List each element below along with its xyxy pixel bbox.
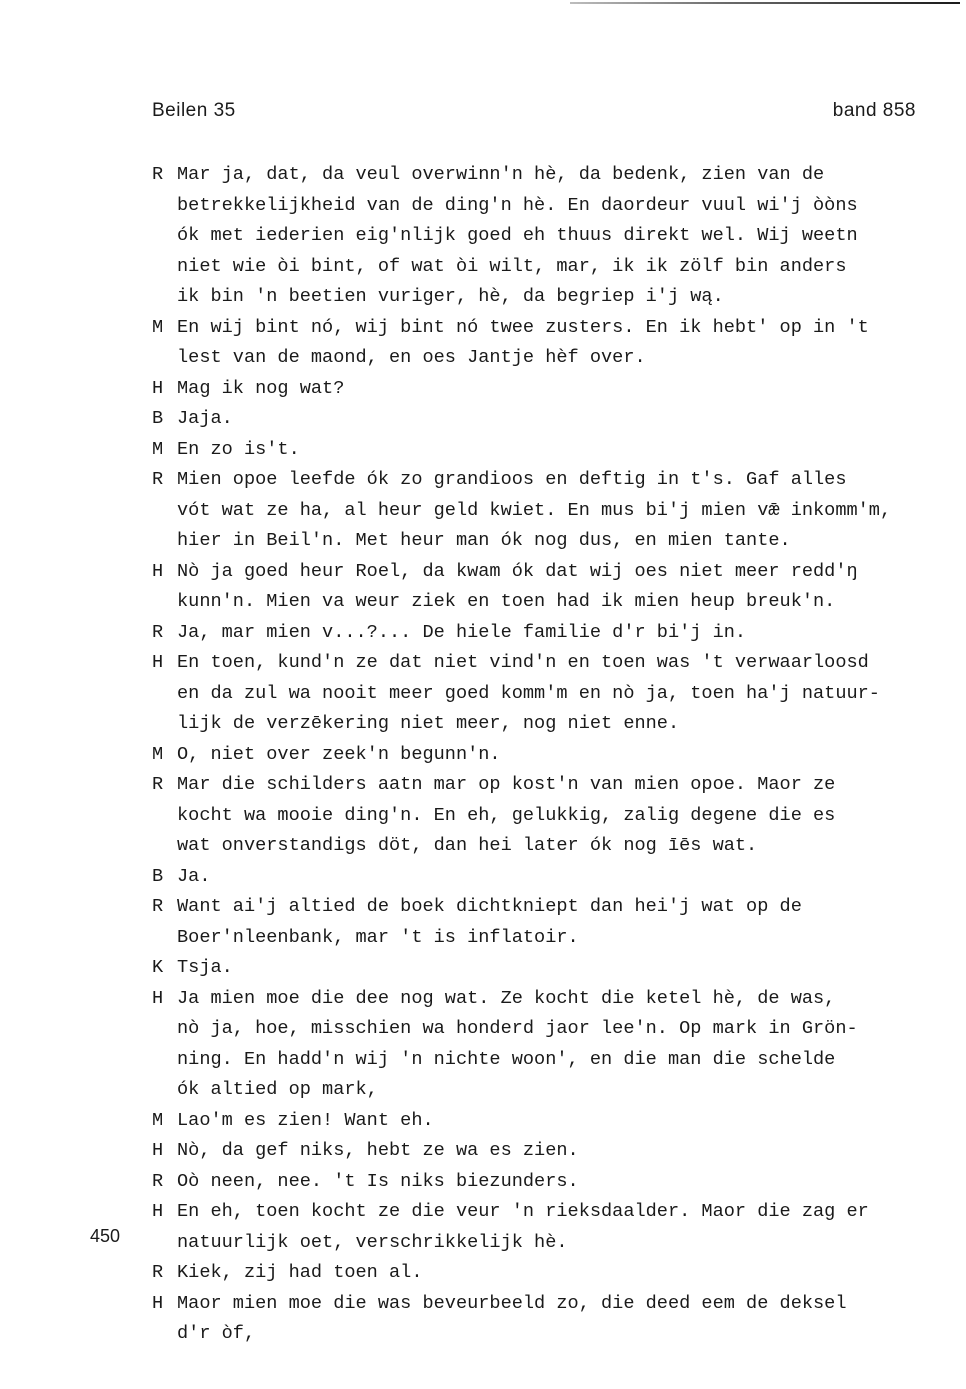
dialogue-turn: RMar ja, dat, da veul overwinn'n hè, da …	[152, 160, 962, 313]
dialogue-line: Mar die schilders aatn mar op kost'n van…	[177, 770, 962, 801]
dialogue-turn: HEn eh, toen kocht ze die veur 'n rieksd…	[152, 1197, 962, 1258]
speaker-label: H	[152, 1136, 163, 1167]
dialogue-turn: HEn toen, kund'n ze dat niet vind'n en t…	[152, 648, 962, 740]
dialogue-line: ik bin 'n beetien vuriger, hè, da begrie…	[177, 282, 962, 313]
dialogue-line: Tsja.	[177, 953, 962, 984]
speaker-label: R	[152, 1167, 163, 1198]
dialogue-turn: HJa mien moe die dee nog wat. Ze kocht d…	[152, 984, 962, 1106]
tape-label: band 858	[833, 100, 916, 122]
dialogue-line: Lao'm es zien! Want eh.	[177, 1106, 962, 1137]
speaker-label: R	[152, 1258, 163, 1289]
speaker-label: R	[152, 892, 163, 923]
dialogue-line: Kiek, zij had toen al.	[177, 1258, 962, 1289]
dialogue-turn: RMien opoe leefde ók zo grandioos en def…	[152, 465, 962, 557]
dialogue-line: Mar ja, dat, da veul overwinn'n hè, da b…	[177, 160, 962, 191]
dialogue-turn: HNò ja goed heur Roel, da kwam ók dat wi…	[152, 557, 962, 618]
dialogue-line: Nò, da gef niks, hebt ze wa es zien.	[177, 1136, 962, 1167]
dialogue-line: Jaja.	[177, 404, 962, 435]
dialogue-line: wat onverstandigs döt, dan hei later ók …	[177, 831, 962, 862]
speaker-label: H	[152, 1197, 163, 1228]
dialogue-line: Oò neen, nee. 't Is niks biezunders.	[177, 1167, 962, 1198]
dialogue-turn: ROò neen, nee. 't Is niks biezunders.	[152, 1167, 962, 1198]
dialogue-line: kocht wa mooie ding'n. En eh, gelukkig, …	[177, 801, 962, 832]
speaker-label: B	[152, 404, 163, 435]
dialogue-line: en da zul wa nooit meer goed komm'm en n…	[177, 679, 962, 710]
dialogue-line: Want ai'j altied de boek dichtkniept dan…	[177, 892, 962, 923]
speaker-label: H	[152, 1289, 163, 1320]
dialogue-line: natuurlijk oet, verschrikkelijk hè.	[177, 1228, 962, 1259]
speaker-label: M	[152, 740, 163, 771]
dialogue-line: lest van de maond, en oes Jantje hèf ove…	[177, 343, 962, 374]
speaker-label: H	[152, 984, 163, 1015]
speaker-label: H	[152, 374, 163, 405]
dialogue-line: En eh, toen kocht ze die veur 'n rieksda…	[177, 1197, 962, 1228]
speaker-label: B	[152, 862, 163, 893]
speaker-label: H	[152, 557, 163, 588]
speaker-label: M	[152, 435, 163, 466]
dialogue-line: nò ja, hoe, misschien wa honderd jaor le…	[177, 1014, 962, 1045]
speaker-label: R	[152, 618, 163, 649]
dialogue-line: O, niet over zeek'n begunn'n.	[177, 740, 962, 771]
dialogue-turn: RMar die schilders aatn mar op kost'n va…	[152, 770, 962, 862]
dialogue-turn: HMag ik nog wat?	[152, 374, 962, 405]
line-number: 450	[90, 1226, 120, 1247]
speaker-label: R	[152, 770, 163, 801]
dialogue-line: d'r òf,	[177, 1319, 962, 1350]
dialogue-line: En zo is't.	[177, 435, 962, 466]
dialogue-line: Ja.	[177, 862, 962, 893]
dialogue-line: ók altied op mark,	[177, 1075, 962, 1106]
dialogue-turn: HMaor mien moe die was beveurbeeld zo, d…	[152, 1289, 962, 1350]
page-header: Beilen 35 band 858	[152, 100, 916, 126]
transcript: RMar ja, dat, da veul overwinn'n hè, da …	[152, 160, 962, 1350]
dialogue-line: Maor mien moe die was beveurbeeld zo, di…	[177, 1289, 962, 1320]
dialogue-turn: RKiek, zij had toen al.	[152, 1258, 962, 1289]
dialogue-line: kunn'n. Mien va weur ziek en toen had ik…	[177, 587, 962, 618]
dialogue-line: ning. En hadd'n wij 'n nichte woon', en …	[177, 1045, 962, 1076]
dialogue-line: Boer'nleenbank, mar 't is inflatoir.	[177, 923, 962, 954]
scan-edge-line	[570, 2, 960, 4]
speaker-label: M	[152, 313, 163, 344]
dialogue-line: Mag ik nog wat?	[177, 374, 962, 405]
dialogue-turn: MLao'm es zien! Want eh.	[152, 1106, 962, 1137]
dialogue-turn: HNò, da gef niks, hebt ze wa es zien.	[152, 1136, 962, 1167]
dialogue-turn: BJa.	[152, 862, 962, 893]
speaker-label: M	[152, 1106, 163, 1137]
dialogue-line: En wij bint nó, wij bint nó twee zusters…	[177, 313, 962, 344]
dialogue-line: Nò ja goed heur Roel, da kwam ók dat wij…	[177, 557, 962, 588]
speaker-label: K	[152, 953, 163, 984]
dialogue-line: ók met iederien eig'nlijk goed eh thuus …	[177, 221, 962, 252]
dialogue-line: vót wat ze ha, al heur geld kwiet. En mu…	[177, 496, 962, 527]
speaker-label: H	[152, 648, 163, 679]
speaker-label: R	[152, 465, 163, 496]
dialogue-turn: RJa, mar mien v...?... De hiele familie …	[152, 618, 962, 649]
dialogue-turn: MEn wij bint nó, wij bint nó twee zuster…	[152, 313, 962, 374]
dialogue-line: Ja mien moe die dee nog wat. Ze kocht di…	[177, 984, 962, 1015]
dialogue-turn: BJaja.	[152, 404, 962, 435]
dialogue-turn: RWant ai'j altied de boek dichtkniept da…	[152, 892, 962, 953]
dialogue-turn: MEn zo is't.	[152, 435, 962, 466]
dialogue-line: Mien opoe leefde ók zo grandioos en deft…	[177, 465, 962, 496]
dialogue-line: En toen, kund'n ze dat niet vind'n en to…	[177, 648, 962, 679]
dialogue-line: Ja, mar mien v...?... De hiele familie d…	[177, 618, 962, 649]
dialogue-turn: KTsja.	[152, 953, 962, 984]
dialogue-line: betrekkelijkheid van de ding'n hè. En da…	[177, 191, 962, 222]
dialogue-line: niet wie òi bint, of wat òi wilt, mar, i…	[177, 252, 962, 283]
speaker-label: R	[152, 160, 163, 191]
location-label: Beilen 35	[152, 100, 236, 122]
dialogue-line: hier in Beil'n. Met heur man ók nog dus,…	[177, 526, 962, 557]
dialogue-turn: MO, niet over zeek'n begunn'n.	[152, 740, 962, 771]
dialogue-line: lijk de verzēkering niet meer, nog niet …	[177, 709, 962, 740]
